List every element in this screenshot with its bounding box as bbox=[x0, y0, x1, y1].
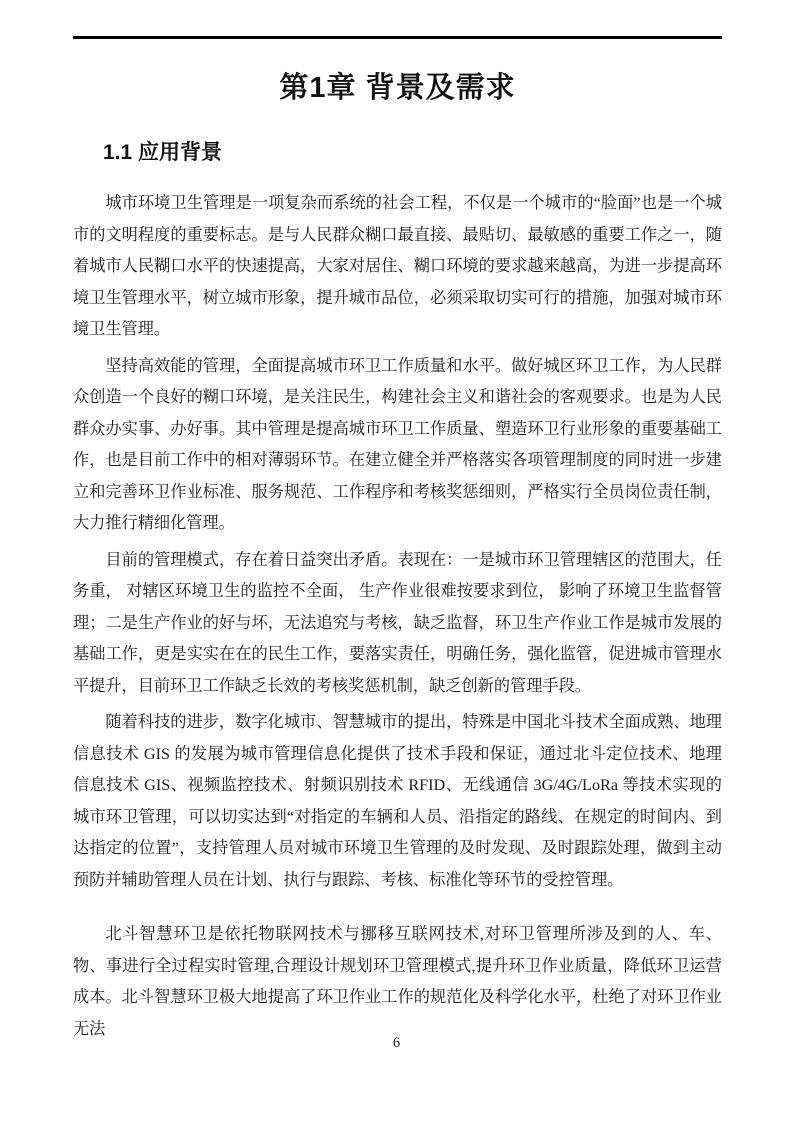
body-text-block: 城市环境卫生管理是一项复杂而系统的社会工程，不仅是一个城市的“脸面”也是一个城市… bbox=[73, 188, 722, 1045]
body-paragraph: 坚持高效能的管理，全面提高城市环卫工作质量和水平。做好城区环卫工作，为人民群众创… bbox=[73, 351, 722, 540]
document-page: 第1章 背景及需求 1.1 应用背景 城市环境卫生管理是一项复杂而系统的社会工程… bbox=[0, 0, 793, 1122]
body-paragraph: 北斗智慧环卫是依托物联网技术与挪移互联网技术,对环卫管理所涉及到的人、车、物、事… bbox=[73, 919, 722, 1045]
page-content: 第1章 背景及需求 1.1 应用背景 城市环境卫生管理是一项复杂而系统的社会工程… bbox=[73, 0, 722, 1045]
chapter-title: 第1章 背景及需求 bbox=[73, 71, 722, 105]
body-paragraph: 城市环境卫生管理是一项复杂而系统的社会工程，不仅是一个城市的“脸面”也是一个城市… bbox=[73, 188, 722, 346]
body-paragraph: 目前的管理模式，存在着日益突出矛盾。表现在：一是城市环卫管理辖区的范围大，任务重… bbox=[73, 545, 722, 703]
section-heading: 1.1 应用背景 bbox=[103, 140, 722, 166]
page-number: 6 bbox=[0, 1034, 793, 1052]
body-paragraph: 随着科技的进步，数字化城市、智慧城市的提出，特殊是中国北斗技术全面成熟、地理信息… bbox=[73, 707, 722, 896]
